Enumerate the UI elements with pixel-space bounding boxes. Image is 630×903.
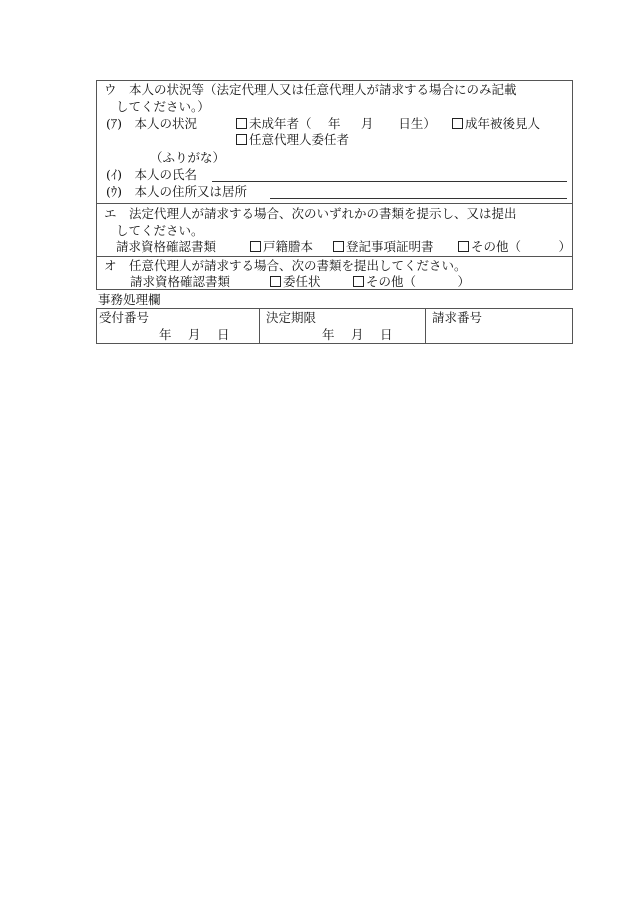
furigana-label: （ふりがな） — [150, 149, 225, 166]
office-col-divider-2 — [425, 308, 426, 344]
receipt-number-header: 受付番号 — [99, 309, 149, 326]
section-u-heading-cont: してください。） — [116, 98, 210, 115]
name-field[interactable] — [212, 167, 567, 182]
decision-deadline-date: 年 月 日 — [322, 326, 392, 343]
checkbox-other-e[interactable] — [458, 241, 469, 252]
doc-option-registry-cert[interactable]: 登記事項証明書 — [333, 238, 434, 255]
status-option-minor-label: 未成年者（ 年 月 日生） — [249, 116, 436, 131]
checkbox-power-of-attorney[interactable] — [270, 276, 281, 287]
status-label: (ｱ) 本人の状況 — [106, 115, 197, 132]
section-e-docs-label: 請求資格確認書類 — [116, 238, 216, 255]
checkbox-minor[interactable] — [236, 118, 247, 129]
address-label: (ｳ) 本人の住所又は居所 — [106, 183, 247, 200]
checkbox-family-register[interactable] — [250, 241, 261, 252]
checkbox-other-o[interactable] — [353, 276, 364, 287]
section-o-docs-label: 請求資格確認書類 — [130, 273, 230, 290]
request-number-header: 請求番号 — [432, 309, 482, 326]
doc-option-other-e-label: その他（ ） — [471, 239, 571, 254]
doc-option-family-register-label: 戸籍謄本 — [263, 239, 313, 254]
status-option-principal[interactable]: 任意代理人委任者 — [236, 131, 349, 148]
doc-option-power-of-attorney[interactable]: 委任状 — [270, 273, 321, 290]
office-use-title: 事務処理欄 — [98, 291, 161, 308]
checkbox-principal[interactable] — [236, 134, 247, 145]
address-field[interactable] — [270, 184, 567, 199]
section-o-heading: オ 任意代理人が請求する場合、次の書類を提出してください。 — [104, 257, 467, 274]
receipt-date: 年 月 日 — [159, 326, 229, 343]
checkbox-registry-cert[interactable] — [333, 241, 344, 252]
section-u-heading: ウ 本人の状況等（法定代理人又は任意代理人が請求する場合にのみ記載 — [104, 81, 517, 98]
doc-option-family-register[interactable]: 戸籍謄本 — [250, 238, 313, 255]
doc-option-other-o[interactable]: その他（ ） — [353, 273, 470, 290]
doc-option-other-o-label: その他（ ） — [366, 274, 470, 289]
checkbox-adult-ward[interactable] — [452, 118, 463, 129]
name-label: (ｲ) 本人の氏名 — [106, 166, 197, 183]
status-option-adult-ward[interactable]: 成年被後見人 — [452, 115, 540, 132]
doc-option-registry-cert-label: 登記事項証明書 — [346, 239, 434, 254]
section-e-heading-cont: してください。 — [116, 222, 204, 239]
office-col-divider-1 — [259, 308, 260, 344]
status-option-principal-label: 任意代理人委任者 — [249, 132, 349, 147]
doc-option-power-of-attorney-label: 委任状 — [283, 274, 321, 289]
status-option-minor[interactable]: 未成年者（ 年 月 日生） — [236, 115, 436, 132]
section-e-heading: エ 法定代理人が請求する場合、次のいずれかの書類を提示し、又は提出 — [104, 205, 517, 222]
status-option-adult-ward-label: 成年被後見人 — [465, 116, 540, 131]
section-divider-e — [96, 203, 573, 204]
doc-option-other-e[interactable]: その他（ ） — [458, 238, 571, 255]
decision-deadline-header: 決定期限 — [266, 309, 316, 326]
